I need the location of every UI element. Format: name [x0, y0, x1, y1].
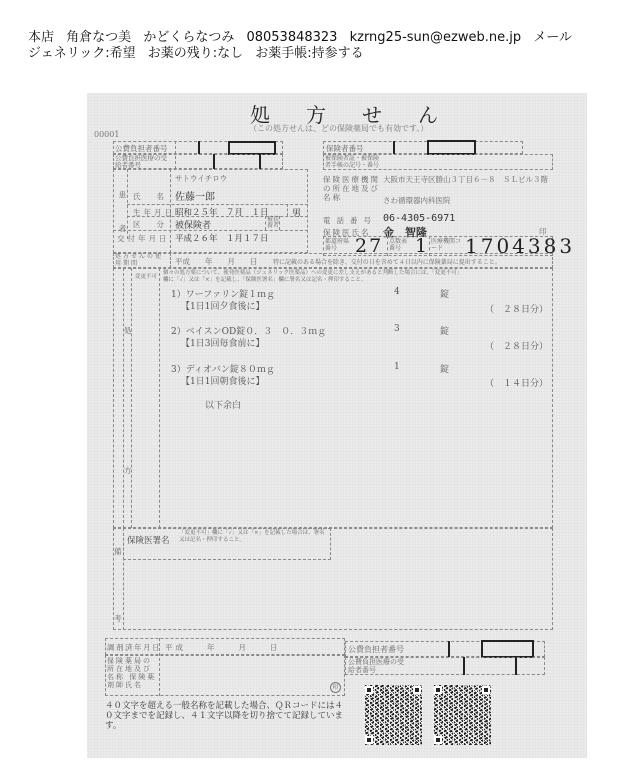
bottom-public-payer-label: 公費負担者番号 — [348, 644, 404, 655]
clinic-name: さわ循環器内科医院 — [383, 195, 451, 206]
divider — [287, 204, 288, 216]
divider — [515, 657, 517, 675]
qr-finder — [482, 686, 490, 694]
issue-date-label: 交付年月日 — [117, 233, 170, 244]
qr-finder — [413, 686, 421, 694]
contact-method: メール — [533, 30, 572, 45]
rx-item-3-usage: 【1日1回朝食後に】 — [181, 374, 264, 387]
valid-period-label: 処方せんの使用期間 — [115, 254, 170, 267]
issue-date: 平成２６年 １月１７日 — [175, 232, 269, 244]
rx-label-bottom: 方 — [124, 465, 132, 476]
document-subtitle: （この処方せんは、どの保険薬局でも有効です。） — [249, 123, 428, 134]
rx-note: 個々の処方薬について、後発医薬品（ジェネリック医薬品）への変更に差し支えがあると… — [163, 270, 463, 283]
qr-code-1 — [364, 685, 422, 745]
bottom-public-payer-box — [481, 640, 534, 658]
name-label: 氏名 — [133, 191, 180, 202]
insurer-no-box — [427, 140, 476, 155]
public-payer-label: 公費負担者番号 — [115, 143, 168, 154]
rx-item-2-days: （ ２８日分） — [485, 339, 548, 352]
divider — [213, 154, 215, 169]
divider — [131, 268, 132, 528]
rx-item-1-usage: 【1日1回夕食後に】 — [181, 299, 264, 312]
clinic-address: 大阪市天王寺区勝山３丁目６－８ ＳＬビル３階 — [383, 175, 551, 185]
rx-end-marker: 以下余白 — [205, 398, 241, 411]
valid-period-date: 平成 年 月 日 — [175, 256, 258, 267]
rx-item-3-unit: 錠 — [440, 362, 449, 375]
dispense-date-label: 調剤済年月日 — [107, 642, 161, 653]
dispense-date-value: 平成 年 月 日 — [165, 642, 281, 653]
patient-sex: 男 — [292, 206, 301, 219]
header-line-2: ジェネリック:希望 お薬の残り:なし お薬手帳:持参する — [28, 46, 580, 62]
store-name: 本店 — [28, 30, 54, 45]
clinic-info-label: 保険医療機関の所在地及び名称 — [323, 175, 381, 202]
public-payer-box — [228, 141, 276, 155]
divider — [113, 230, 308, 231]
remarks-label-bottom: 考 — [114, 613, 122, 624]
public-recipient-label: 公費負担医療の受給者番号 — [115, 155, 173, 169]
rx-item-2-dose: 3 — [394, 324, 400, 334]
prescription-document: 処方せん （この処方せんは、どの保険薬局でも有効です。） 00001 公費負担者… — [87, 93, 587, 758]
divider — [259, 154, 261, 169]
qr-finder — [365, 736, 373, 744]
qr-finder — [365, 686, 373, 694]
pref-no-label: 都道府県番号 — [325, 238, 351, 252]
rx-item-1-days: （ ２８日分） — [485, 302, 548, 315]
email-address: kzrng25-sun@ezweb.ne.jp — [350, 30, 522, 45]
dependent-label: 被扶養者 — [267, 217, 279, 229]
bottom-public-recipient-label: 公費負担医療の受給者番号 — [348, 658, 410, 674]
qr-finder — [434, 686, 442, 694]
phone-label: 電話番号 — [323, 215, 377, 226]
rx-item-3-days: （ １４日分） — [485, 376, 548, 389]
divider — [198, 141, 200, 154]
pharmacy-info-label: 保険薬局の所在地及び名称 保険薬剤師氏名 — [107, 657, 157, 689]
leftover-medicine: お薬の残り:なし — [148, 46, 243, 61]
category-label: 区分 — [133, 219, 180, 230]
doctor-sign-label: 保険医署名 — [127, 534, 170, 546]
rx-item-2-unit: 錠 — [440, 324, 449, 337]
customer-kana: かどくらなつみ — [143, 30, 234, 45]
patient-kana: サトウイチロウ — [175, 173, 227, 184]
clinic-code-label: 医療機関コード — [431, 238, 461, 252]
serial-number: 00001 — [94, 130, 119, 139]
divider — [265, 216, 266, 230]
rx-item-1-unit: 錠 — [440, 287, 449, 300]
divider — [170, 253, 171, 268]
divider — [393, 141, 395, 154]
insured-card-label: 被保険者証・被保険者手帳の記号・番号 — [325, 155, 383, 169]
divider — [127, 204, 308, 205]
remarks-label-top: 備 — [114, 546, 122, 557]
phone-number: 08053848323 — [246, 30, 337, 45]
divider — [127, 216, 308, 217]
customer-name: 角倉なつ美 — [66, 30, 131, 45]
divider — [123, 268, 124, 528]
valid-period-note: 特に記載のある場合を除き、交付の日を含めて４日以内に保険薬局に提出すること。 — [273, 257, 501, 266]
rx-item-3-dose: 1 — [394, 362, 400, 372]
order-header: 本店 角倉なつ美 かどくらなつみ 08053848323 kzrng25-sun… — [28, 30, 580, 62]
qr-footer-note: ４０文字を超える一般名称を記載した場合、ＱＲコードには４０文字までを記録し、４１… — [105, 701, 347, 731]
change-not-allowed-label: 変更不可 — [135, 272, 157, 280]
divider — [448, 641, 450, 657]
doctor-sign-note: 「変更不可」欄に「✓」又は「×」を記載した場合は、署名又は記名・押印すること。 — [179, 530, 329, 544]
divider — [279, 216, 280, 230]
divider — [463, 657, 465, 675]
qr-code-2 — [433, 685, 491, 745]
medicine-notebook: お薬手帳:持参する — [255, 46, 363, 61]
clinic-phone: 06-4305-6971 — [383, 213, 455, 224]
insurer-no-label: 保険者番号 — [326, 143, 364, 154]
generic-preference: ジェネリック:希望 — [28, 46, 136, 61]
rx-item-2-usage: 【1日3回毎食前に】 — [181, 336, 264, 349]
pharmacist-seal: 印 — [330, 682, 341, 693]
patient-name: 佐藤一郎 — [175, 188, 215, 203]
divider — [159, 268, 160, 528]
rx-label-top: 処 — [124, 325, 132, 336]
score-table-label: 点数表番号 — [389, 238, 411, 252]
qr-finder — [434, 736, 442, 744]
rx-item-1-dose: 4 — [394, 287, 400, 297]
header-line-1: 本店 角倉なつ美 かどくらなつみ 08053848323 kzrng25-sun… — [28, 30, 580, 46]
